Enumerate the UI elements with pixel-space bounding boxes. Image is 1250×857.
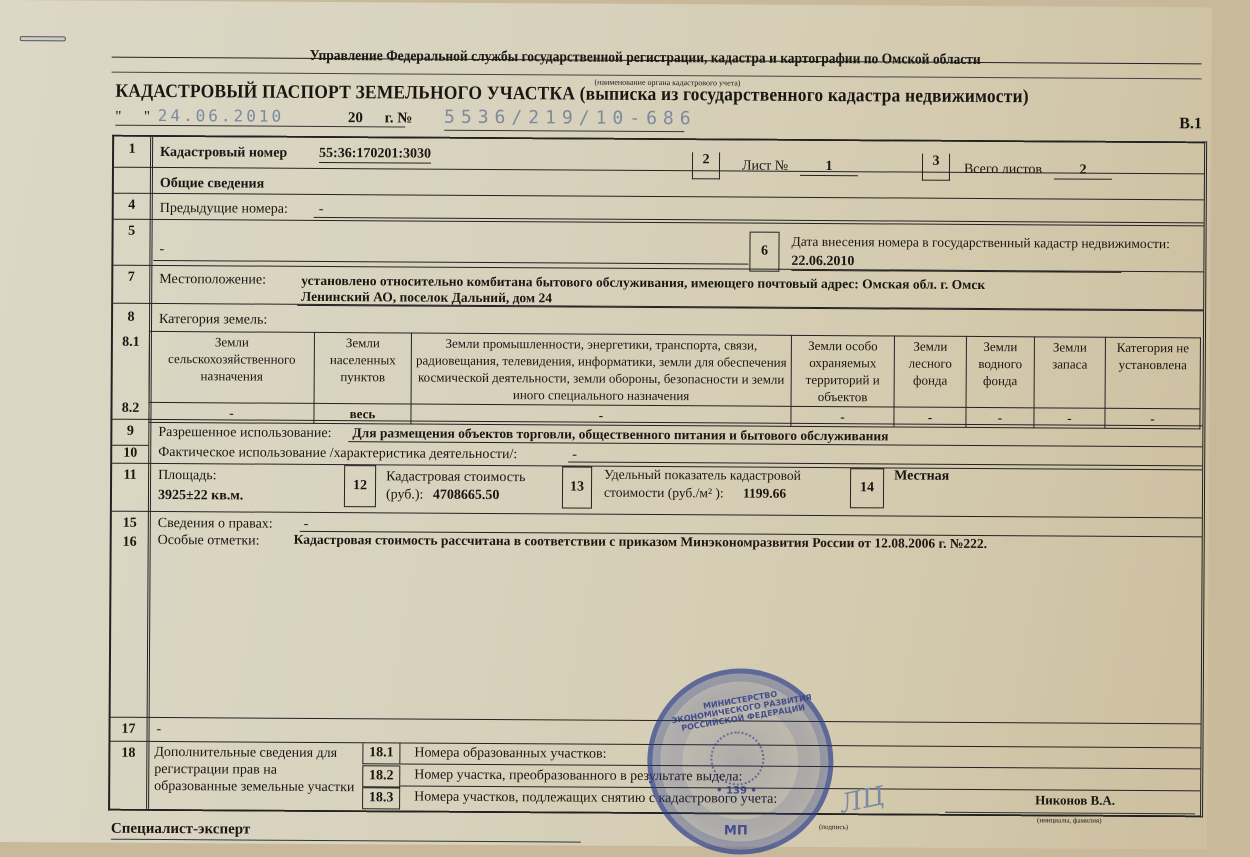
official-seal: МИНИСТЕРСТВО ЭКОНОМИЧЕСКОГО РАЗВИТИЯ РОС… [647,668,834,842]
row-8-1: 8.1 8.2 Земли сельскохозяйственного назн… [112,331,1203,426]
row-4: 4 Предыдущие номера: - [114,193,1204,223]
organization-name: Управление Федеральной службы государств… [310,48,981,69]
row-number: 15 [112,516,148,532]
date-stamp: 24.06.2010 [158,106,284,126]
cadastral-value-label: Кадастровая стоимость [386,469,525,486]
actual-use-label: Фактическое использование /характеристик… [158,445,517,463]
special-notes-value: Кадастровая стоимость рассчитана в соотв… [294,532,987,552]
row-number: 13 [562,466,592,508]
permitted-use-label: Разрешенное использование: [158,425,331,442]
registration-date-label: Дата внесения номера в государственный к… [791,234,1169,252]
document-title: КАДАСТРОВЫЙ ПАСПОРТ ЗЕМЕЛЬНОГО УЧАСТКА (… [115,81,1029,109]
category-header: Земли водного фонда [966,336,1034,407]
cadastral-value: 4708665.50 [433,488,500,503]
position-title: Специалист-эксперт [111,821,250,839]
category-header: Категория не установлена [1105,337,1200,409]
specific-value-line: стоимости (руб./м² ): 1199.66 [604,485,786,502]
signer-name: Никонов В.А. [1035,792,1115,808]
formed-plots-label: Номера образованных участков: [414,746,606,763]
staple [20,36,66,41]
row-number: 18.1 [362,743,400,764]
row-number: 8 [113,310,149,326]
row-number: 8.1 [113,335,149,351]
row-number: 12 [344,465,376,507]
number-underline [444,130,684,132]
row-number: 7 [113,270,149,286]
land-category-label: Категория земель: [159,312,267,329]
area-value: 3925±22 кв.м. [158,488,243,505]
category-header: Земли сельскохозяйственного назначения [149,331,314,403]
seal-text: МИНИСТЕРСТВО ЭКОНОМИЧЕСКОГО РАЗВИТИЯ РОС… [665,683,817,735]
row-number: 1 [114,142,150,158]
document-page: Управление Федеральной службы государств… [0,0,1212,842]
cadastral-value-line: (руб.): 4708665.50 [386,487,500,504]
row-1: 1 Кадастровый номер 55:36:170201:3030 2 … [114,137,1204,172]
row-16: 16 Особые отметки: Кадастровая стоимость… [111,531,1202,724]
row-number: 9 [112,424,148,440]
row-number: 17 [110,722,146,738]
row-number: 10 [112,445,148,462]
land-category-table: Земли сельскохозяйственного назначения З… [148,331,1201,429]
row-number: 11 [112,468,148,484]
row-number: 18.2 [362,765,400,787]
row-number: 18 [110,746,146,762]
row-17-value: - [156,722,161,738]
row-5: 5 - 6 Дата внесения номера в государстве… [113,219,1203,273]
form-code: В.1 [1179,115,1202,133]
seal-number: • 139 • [716,785,757,796]
area-label: Площадь: [158,468,217,484]
previous-numbers-value: - [319,202,324,218]
underline [153,260,748,265]
specific-value: 1199.66 [743,486,786,501]
category-header: Земли промышленности, энергетики, трансп… [411,333,791,406]
row-number: 4 [114,198,150,214]
additional-info-label: Дополнительные сведения для регистрации … [154,744,362,796]
previous-numbers-label: Предыдущие номера: [160,201,288,218]
specific-value-label: Удельный показатель кадастровой [604,467,801,484]
document-number: 5536/219/10-686 [444,107,697,130]
row-number: 6 [749,232,779,272]
row-5-value: - [159,242,164,258]
location-label: Местоположение: [159,272,266,289]
cadastral-number-label: Кадастровый номер [160,145,287,162]
row-number: 16 [112,535,148,551]
row-number: 18.3 [362,787,400,809]
signature-caption: (подпись) [819,823,848,831]
year-prefix: 20 [348,110,363,126]
cadastral-value-unit: (руб.): [386,487,424,502]
row-11: 11 Площадь: 3925±22 кв.м. 12 Кадастровая… [112,463,1202,519]
special-notes-label: Особые отметки: [158,533,260,550]
cadastral-number-value: 55:36:170201:3030 [319,146,431,164]
seal-mp: МП [724,823,748,838]
row-number: 14 [850,468,884,508]
cadastral-form: 1 Кадастровый номер 55:36:170201:3030 2 … [108,135,1207,818]
name-caption: (инициалы, фамилия) [1037,816,1102,824]
seal-number-value: 139 [726,785,747,796]
general-section-title: Общие сведения [160,176,264,193]
row-number: 8.2 [112,401,148,417]
row-number: 5 [114,224,150,240]
category-header: Земли лесного фонда [894,336,966,407]
category-header: Земли запаса [1034,337,1105,408]
year-suffix: г. № [385,110,413,126]
date-quotes: " " [115,109,150,125]
category-header: Земли населенных пунктов [314,332,411,404]
valuation-type: Местная [894,468,949,484]
eagle-emblem-icon [710,731,764,785]
category-header: Земли особо охраняемых территорий и объе… [791,335,894,407]
specific-value-unit: стоимости (руб./м² ): [604,485,724,501]
